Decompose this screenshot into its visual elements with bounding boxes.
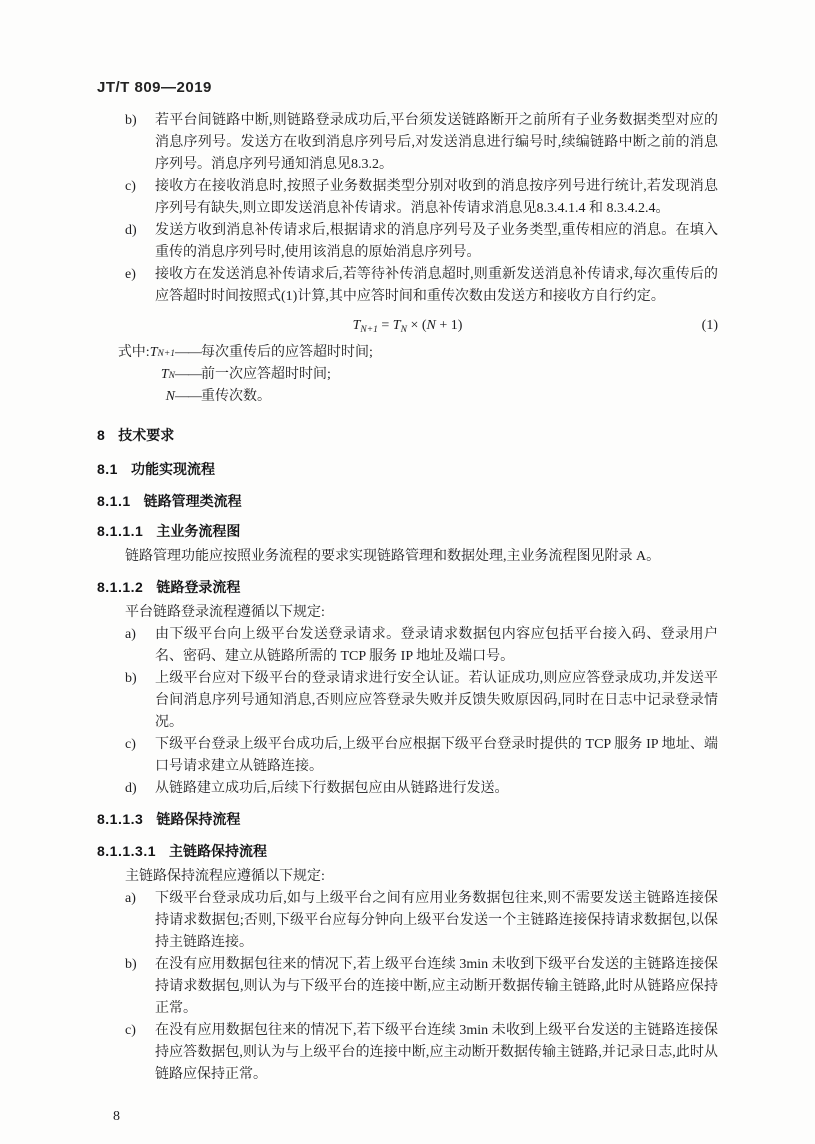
list-item: d) 从链路建立成功后,后续下行数据包应由从链路进行发送。 — [97, 778, 718, 800]
list-item-text: 由下级平台向上级平台发送登录请求。登录请求数据包内容应包括平台接入码、登录用户名… — [155, 624, 718, 668]
where-line: 式中:TN+1 —— 每次重传后的应答超时时间; — [97, 342, 718, 364]
list-item-text: 发送方收到消息补传请求后,根据请求的消息序列号及子业务类型,重传相应的消息。在填… — [155, 220, 718, 264]
where-variable: N — [166, 386, 175, 408]
list-item-text: 若平台间链路中断,则链路登录成功后,平台须发送链路断开之前所有子业务数据类型对应… — [155, 110, 718, 176]
list-item-label: c) — [125, 1020, 155, 1042]
section-heading-8-1: 8.1功能实现流程 — [97, 458, 718, 480]
list-item-text: 上级平台应对下级平台的登录请求进行安全认证。若认证成功,则应应答登录成功,并发送… — [155, 668, 718, 734]
where-term: TN — [97, 364, 175, 386]
list-item: c) 接收方在接收消息时,按照子业务数据类型分别对收到的消息按序列号进行统计,若… — [97, 176, 718, 220]
list-item-label: c) — [125, 734, 155, 756]
paragraph-8-1-1-1: 链路管理功能应按照业务流程的要求实现链路管理和数据处理,主业务流程图见附录 A。 — [97, 546, 718, 568]
list-item: c) 在没有应用数据包往来的情况下,若下级平台连续 3min 未收到上级平台发送… — [97, 1020, 718, 1086]
heading-number: 8.1.1 — [97, 493, 131, 509]
where-term: 式中:TN+1 — [97, 342, 175, 364]
where-term: N — [97, 386, 175, 408]
section-heading-8-1-1: 8.1.1链路管理类流程 — [97, 490, 718, 512]
formula-row: TN+1 = TN × (N + 1) (1) — [97, 314, 718, 338]
section-heading-8-1-1-1: 8.1.1.1主业务流程图 — [97, 520, 718, 544]
login-flow-list: a) 由下级平台向上级平台发送登录请求。登录请求数据包内容应包括平台接入码、登录… — [97, 624, 718, 800]
formula-expression: TN+1 = TN × (N + 1) — [353, 318, 463, 333]
heading-title: 技术要求 — [118, 427, 174, 443]
heading-number: 8.1.1.1 — [97, 523, 143, 539]
list-item-text: 下级平台登录成功后,如与上级平台之间有应用业务数据包往来,则不需要发送主链路连接… — [155, 888, 718, 954]
paragraph-8-1-1-3-1: 主链路保持流程应遵循以下规定: — [97, 866, 718, 888]
list-item-text: 从链路建立成功后,后续下行数据包应由从链路进行发送。 — [155, 778, 718, 800]
list-item-label: d) — [125, 220, 155, 242]
formula-part: T — [393, 318, 401, 333]
section-heading-8-1-1-2: 8.1.1.2链路登录流程 — [97, 576, 718, 600]
where-variable: T — [150, 342, 158, 364]
list-item: b) 若平台间链路中断,则链路登录成功后,平台须发送链路断开之前所有子业务数据类… — [97, 110, 718, 176]
heading-number: 8.1.1.3 — [97, 811, 143, 827]
where-dash: —— — [175, 364, 201, 386]
list-item-label: c) — [125, 176, 155, 198]
formula-part: + 1) — [436, 318, 463, 333]
list-item-label: a) — [125, 624, 155, 646]
where-variable: T — [161, 364, 169, 386]
running-head: JT/T 809—2019 — [97, 78, 718, 98]
paragraph-8-1-1-2: 平台链路登录流程遵循以下规定: — [97, 602, 718, 624]
where-description: 重传次数。 — [201, 386, 718, 408]
list-item-text: 接收方在发送消息补传请求后,若等待补传消息超时,则重新发送消息补传请求,每次重传… — [155, 264, 718, 308]
list-item: e) 接收方在发送消息补传请求后,若等待补传消息超时,则重新发送消息补传请求,每… — [97, 264, 718, 308]
where-prefix: 式中: — [118, 342, 150, 364]
keepalive-flow-list: a) 下级平台登录成功后,如与上级平台之间有应用业务数据包往来,则不需要发送主链… — [97, 888, 718, 1086]
where-dash: —— — [175, 386, 201, 408]
heading-number: 8.1 — [97, 461, 118, 477]
list-item-label: a) — [125, 888, 155, 910]
list-item-text: 在没有应用数据包往来的情况下,若上级平台连续 3min 未收到下级平台发送的主链… — [155, 954, 718, 1020]
where-block: 式中:TN+1 —— 每次重传后的应答超时时间; TN —— 前一次应答超时时间… — [97, 342, 718, 408]
heading-title: 链路保持流程 — [156, 813, 240, 828]
where-dash: —— — [175, 342, 201, 364]
list-item-label: b) — [125, 668, 155, 690]
list-item-label: d) — [125, 778, 155, 800]
heading-title: 功能实现流程 — [131, 461, 215, 477]
list-item: a) 由下级平台向上级平台发送登录请求。登录请求数据包内容应包括平台接入码、登录… — [97, 624, 718, 668]
list-item-text: 接收方在接收消息时,按照子业务数据类型分别对收到的消息按序列号进行统计,若发现消… — [155, 176, 718, 220]
formula-subscript: N+1 — [360, 325, 378, 335]
heading-number: 8.1.1.3.1 — [97, 843, 156, 859]
page-number: 8 — [113, 1106, 718, 1128]
heading-title: 链路登录流程 — [156, 581, 240, 596]
list-item: b) 在没有应用数据包往来的情况下,若上级平台连续 3min 未收到下级平台发送… — [97, 954, 718, 1020]
list-item-label: b) — [125, 954, 155, 976]
formula-part: = — [378, 318, 393, 333]
intro-list: b) 若平台间链路中断,则链路登录成功后,平台须发送链路断开之前所有子业务数据类… — [97, 110, 718, 308]
heading-number: 8.1.1.2 — [97, 579, 143, 595]
list-item-text: 下级平台登录上级平台成功后,上级平台应根据下级平台登录时提供的 TCP 服务 I… — [155, 734, 718, 778]
where-line: N —— 重传次数。 — [97, 386, 718, 408]
heading-title: 主业务流程图 — [156, 525, 240, 540]
heading-title: 主链路保持流程 — [169, 845, 267, 860]
formula-part: N — [427, 318, 436, 333]
list-item-label: b) — [125, 110, 155, 132]
document-page: JT/T 809—2019 b) 若平台间链路中断,则链路登录成功后,平台须发送… — [0, 0, 815, 1144]
formula-number: (1) — [702, 314, 718, 338]
formula-part: × ( — [407, 318, 427, 333]
list-item: d) 发送方收到消息补传请求后,根据请求的消息序列号及子业务类型,重传相应的消息… — [97, 220, 718, 264]
heading-number: 8 — [97, 427, 105, 443]
list-item: c) 下级平台登录上级平台成功后,上级平台应根据下级平台登录时提供的 TCP 服… — [97, 734, 718, 778]
section-heading-8: 8技术要求 — [97, 424, 718, 446]
where-description: 每次重传后的应答超时时间; — [201, 342, 718, 364]
list-item-label: e) — [125, 264, 155, 286]
list-item-text: 在没有应用数据包往来的情况下,若下级平台连续 3min 未收到上级平台发送的主链… — [155, 1020, 718, 1086]
list-item: a) 下级平台登录成功后,如与上级平台之间有应用业务数据包往来,则不需要发送主链… — [97, 888, 718, 954]
where-line: TN —— 前一次应答超时时间; — [97, 364, 718, 386]
section-heading-8-1-1-3: 8.1.1.3链路保持流程 — [97, 808, 718, 832]
heading-title: 链路管理类流程 — [144, 493, 242, 509]
where-description: 前一次应答超时时间; — [201, 364, 718, 386]
list-item: b) 上级平台应对下级平台的登录请求进行安全认证。若认证成功,则应应答登录成功,… — [97, 668, 718, 734]
section-heading-8-1-1-3-1: 8.1.1.3.1主链路保持流程 — [97, 840, 718, 864]
